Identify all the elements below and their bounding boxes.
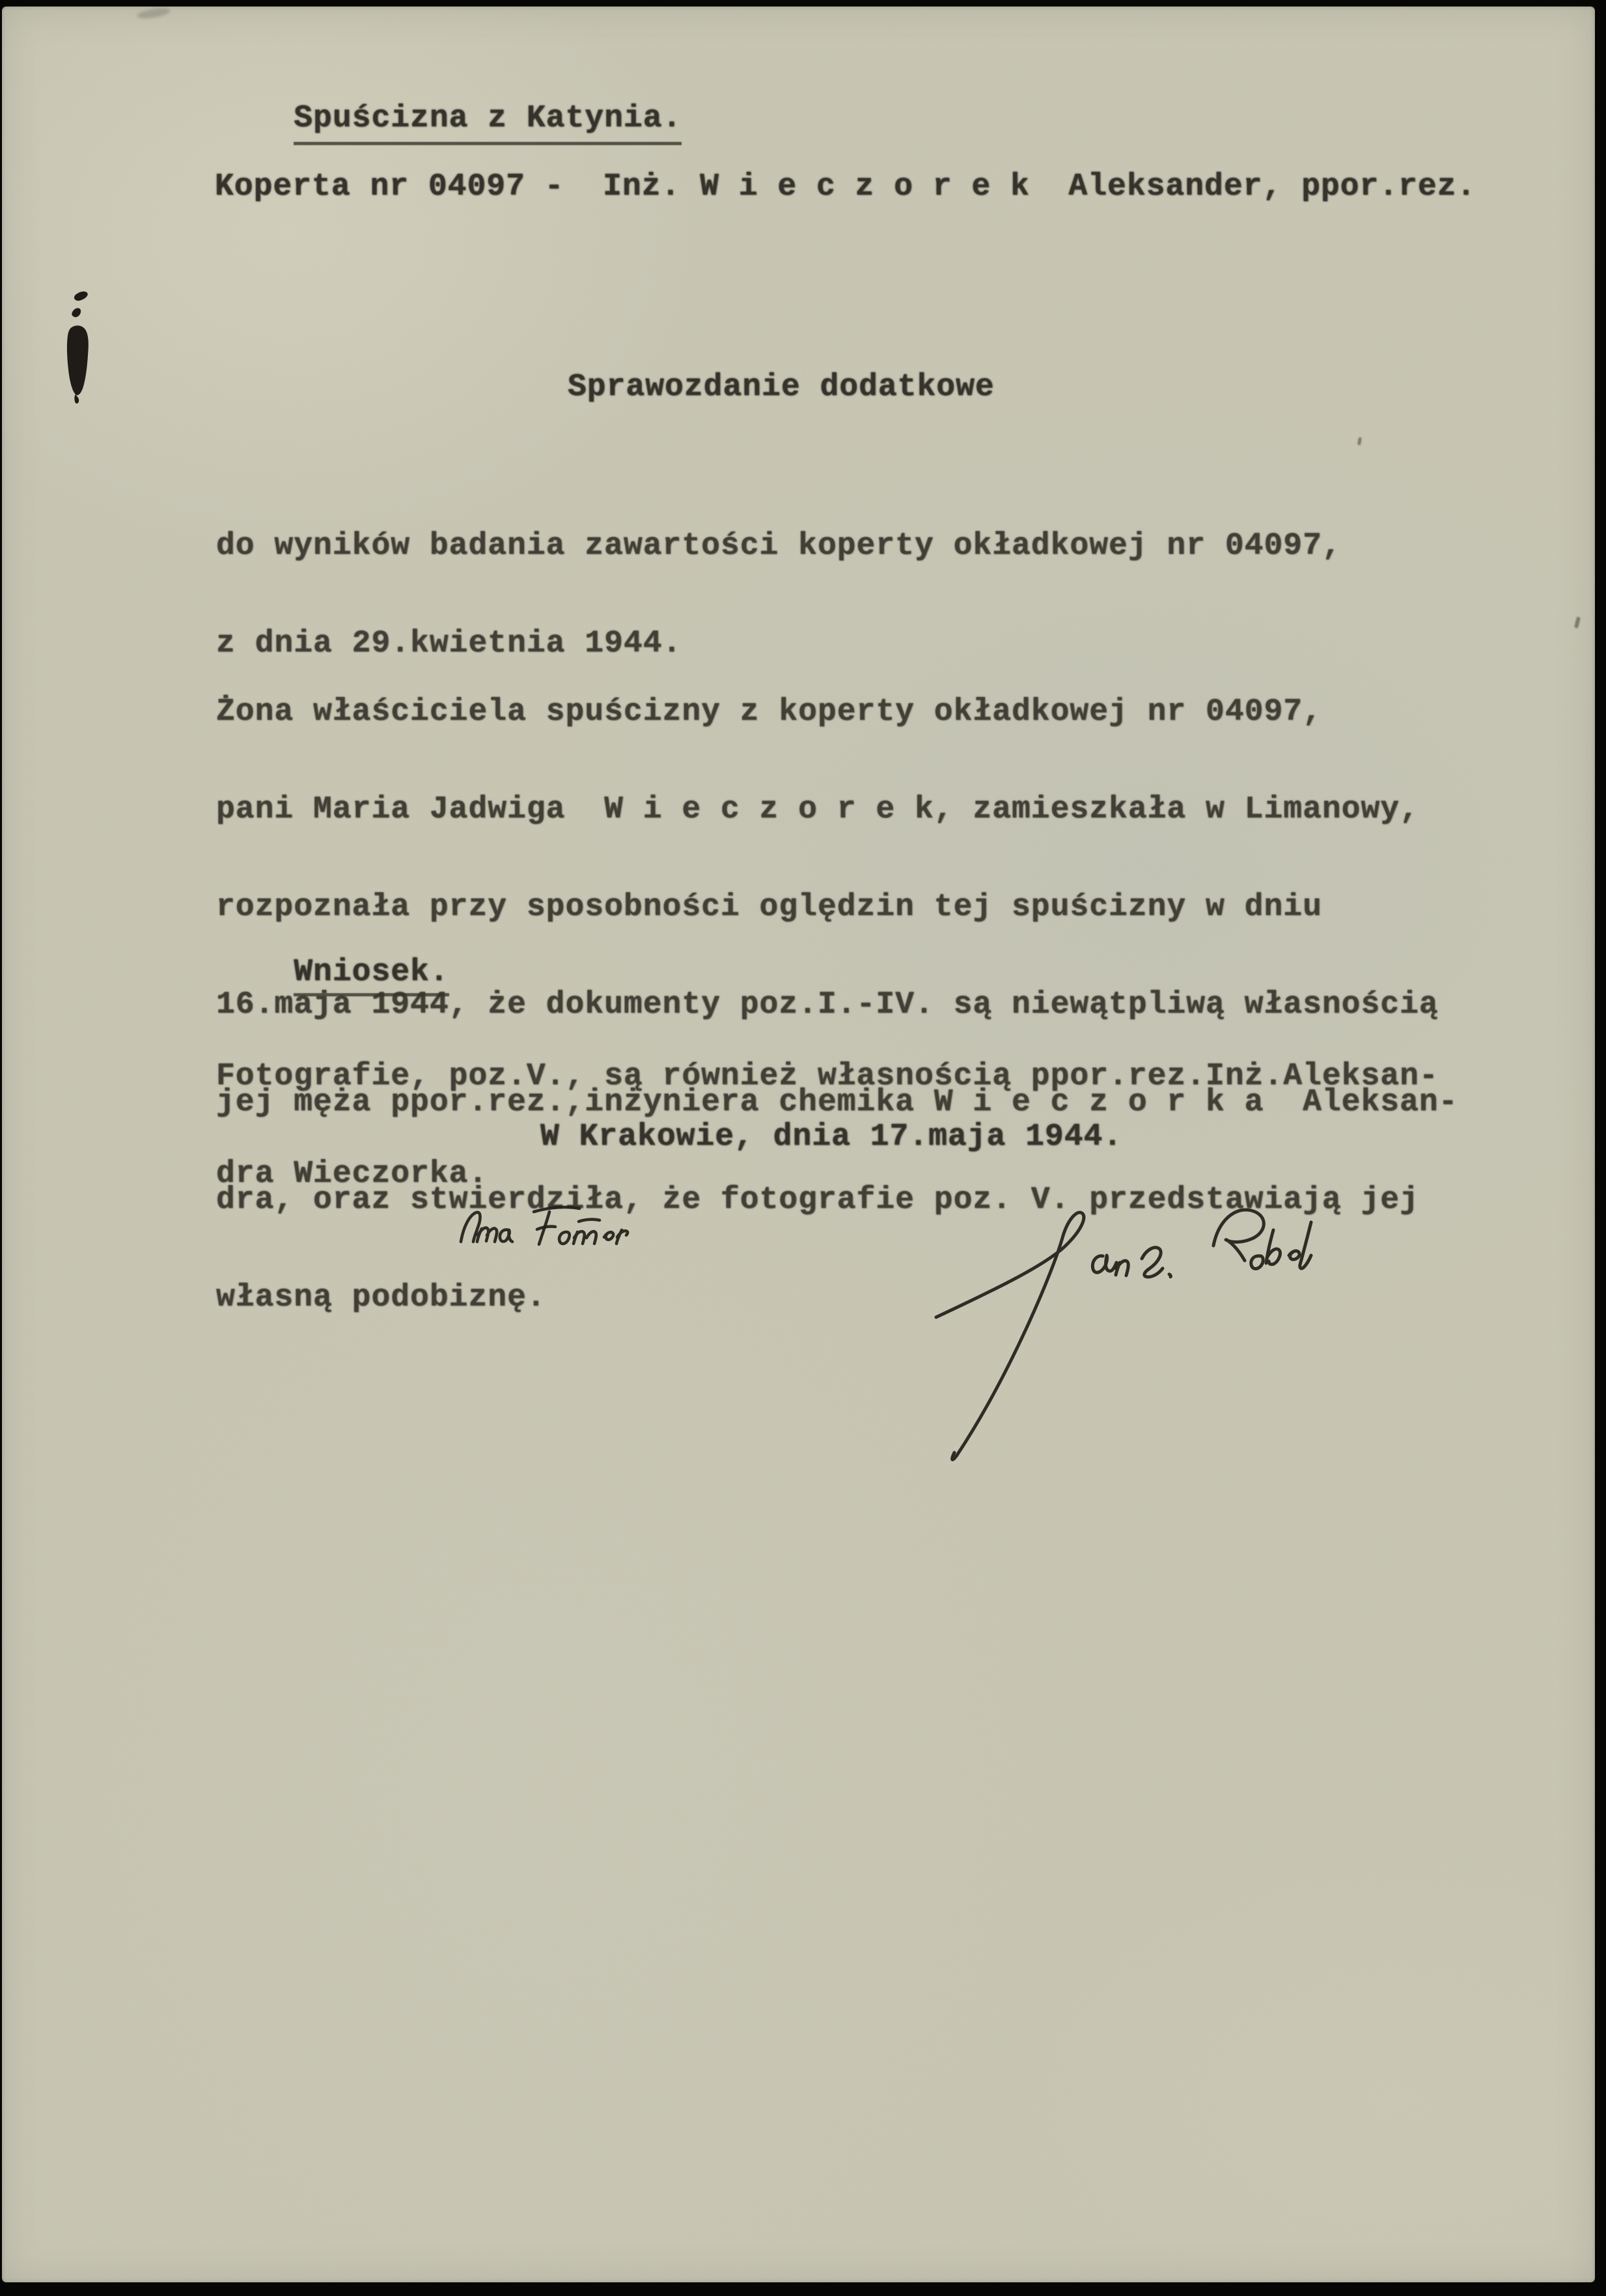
body-line: rozpoznała przy sposobności oględzin tej… — [216, 891, 1458, 923]
ink-blot — [57, 286, 103, 407]
report-heading: Sprawozdanie dodatkowe — [568, 371, 995, 403]
document-scan: Spuścizna z Katynia. Koperta nr 04097 - … — [0, 0, 1606, 2296]
signature-irma-fonner — [450, 1192, 750, 1264]
signature-jan-z-robel — [932, 1179, 1486, 1466]
envelope-line: Koperta nr 04097 - Inż. W i e c z o r e … — [215, 171, 1476, 203]
document-title: Spuścizna z Katynia. — [216, 70, 682, 178]
conclusion-heading-text: Wniosek. — [294, 956, 449, 996]
place-date-line: W Krakowie, dnia 17.maja 1944. — [540, 1121, 1122, 1153]
subheading-line: do wyników badania zawartości koperty ok… — [216, 530, 1342, 562]
body-line: pani Maria Jadwiga W i e c z o r e k, za… — [216, 793, 1458, 826]
conclusion-line: Fotografie, poz.V., są również własności… — [216, 1060, 1439, 1093]
document-title-text: Spuścizna z Katynia. — [294, 102, 682, 145]
body-line: Żona właściciela spuścizny z koperty okł… — [216, 696, 1458, 728]
